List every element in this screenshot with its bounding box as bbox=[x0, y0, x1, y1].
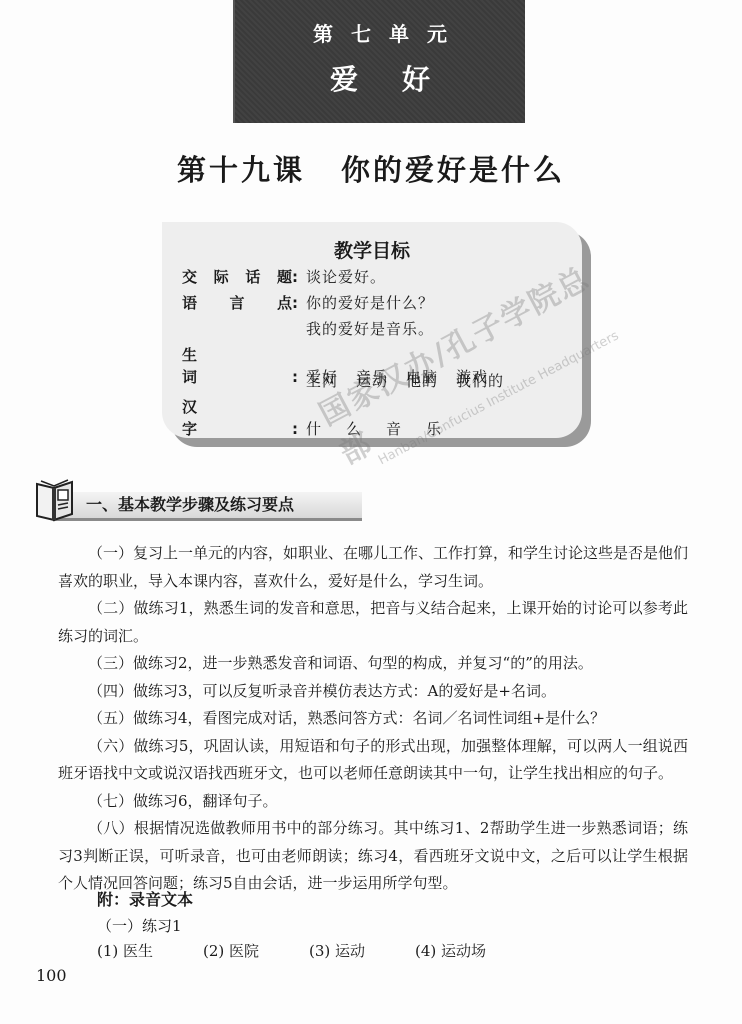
teaching-goals-box: 教学目标 交际话题:谈论爱好。 语言点:你的爱好是什么？ 我的爱好是音乐。 生词… bbox=[162, 222, 582, 438]
vocab-word: 他的 bbox=[406, 370, 438, 392]
goal-row-characters: 汉字:什么音乐 bbox=[182, 396, 460, 418]
step-paragraph: （三）做练习2，进一步熟悉发音和词语、句型的构成，并复习“的”的用法。 bbox=[58, 650, 688, 678]
goal-value: 我的爱好是音乐。 bbox=[306, 318, 434, 340]
appendix: 附：录音文本 （一）练习1 (1) 医生(2) 医院(3) 运动(4) 运动场 bbox=[97, 886, 521, 964]
goal-value: 谈论爱好。 bbox=[306, 266, 386, 288]
goal-row-language-point: 语言点:你的爱好是什么？ bbox=[182, 292, 434, 314]
step-paragraph: （四）做练习3，可以反复听录音并模仿表达方式：A的爱好是+名词。 bbox=[58, 678, 688, 706]
step-paragraph: （五）做练习4，看图完成对话，熟悉问答方式：名词／名词性词组+是什么？ bbox=[58, 705, 688, 733]
appendix-item: (1) 医生 bbox=[97, 938, 203, 964]
goal-value: 什么音乐 bbox=[306, 418, 460, 440]
goal-row-language-point-2: 我的爱好是音乐。 bbox=[182, 318, 434, 340]
appendix-item: (4) 运动场 bbox=[415, 938, 521, 964]
goal-colon: : bbox=[292, 418, 306, 440]
goal-colon: : bbox=[292, 266, 306, 288]
goal-colon: : bbox=[292, 292, 306, 314]
goal-label-text: 汉字 bbox=[182, 398, 269, 438]
section-heading: 一、基本教学步骤及练习要点 bbox=[34, 478, 354, 528]
section-title: 一、基本教学步骤及练习要点 bbox=[86, 492, 294, 515]
goal-row-vocabulary-2: 上网运动他的我们的 bbox=[182, 370, 522, 392]
goal-row-vocabulary: 生词:爱好音乐电脑游戏 bbox=[182, 344, 506, 366]
goal-label: 交际话题 bbox=[182, 266, 292, 288]
appendix-items: (1) 医生(2) 医院(3) 运动(4) 运动场 bbox=[97, 938, 521, 964]
book-icon bbox=[34, 478, 76, 522]
vocab-word: 运动 bbox=[356, 370, 388, 392]
unit-banner: 第七单元 爱好 bbox=[233, 0, 525, 123]
character-item: 乐 bbox=[426, 418, 442, 440]
appendix-item: (3) 运动 bbox=[309, 938, 415, 964]
page-number: 100 bbox=[36, 966, 67, 985]
unit-number: 第七单元 bbox=[235, 18, 525, 47]
appendix-title: 附：录音文本 bbox=[97, 886, 521, 914]
goal-value: 你的爱好是什么？ bbox=[306, 292, 434, 314]
step-paragraph: （六）做练习5，巩固认读，用短语和句子的形式出现，加强整体理解，可以两人一组说西… bbox=[58, 733, 688, 788]
character-item: 音 bbox=[386, 418, 402, 440]
lesson-heading: 第十九课你的爱好是什么 bbox=[0, 148, 742, 189]
vocab-word: 我们的 bbox=[456, 370, 504, 392]
goal-label: 语言点 bbox=[182, 292, 292, 314]
appendix-item: (2) 医院 bbox=[203, 938, 309, 964]
goals-title: 教学目标 bbox=[162, 236, 582, 263]
goal-row-topic: 交际话题:谈论爱好。 bbox=[182, 266, 386, 288]
goal-value-item: 谈论爱好。 bbox=[306, 268, 386, 286]
goal-value: 上网运动他的我们的 bbox=[306, 370, 522, 392]
step-paragraph: （二）做练习1，熟悉生词的发音和意思，把音与义结合起来，上课开始的讨论可以参考此… bbox=[58, 595, 688, 650]
character-item: 什 bbox=[306, 418, 322, 440]
unit-title: 爱好 bbox=[235, 58, 525, 98]
lesson-number: 第十九课 bbox=[177, 153, 305, 187]
character-item: 么 bbox=[346, 418, 362, 440]
goal-value-item: 你的爱好是什么？ bbox=[306, 294, 434, 312]
goal-value-item: 我的爱好是音乐。 bbox=[306, 320, 434, 338]
teaching-steps: （一）复习上一单元的内容，如职业、在哪儿工作、工作打算，和学生讨论这些是否是他们… bbox=[58, 540, 688, 898]
vocab-word: 上网 bbox=[306, 370, 338, 392]
step-paragraph: （七）做练习6，翻译句子。 bbox=[58, 788, 688, 816]
appendix-subtitle: （一）练习1 bbox=[97, 914, 521, 938]
lesson-title: 你的爱好是什么 bbox=[341, 153, 565, 187]
step-paragraph: （一）复习上一单元的内容，如职业、在哪儿工作、工作打算，和学生讨论这些是否是他们… bbox=[58, 540, 688, 595]
goal-label: 汉字 bbox=[182, 396, 292, 440]
